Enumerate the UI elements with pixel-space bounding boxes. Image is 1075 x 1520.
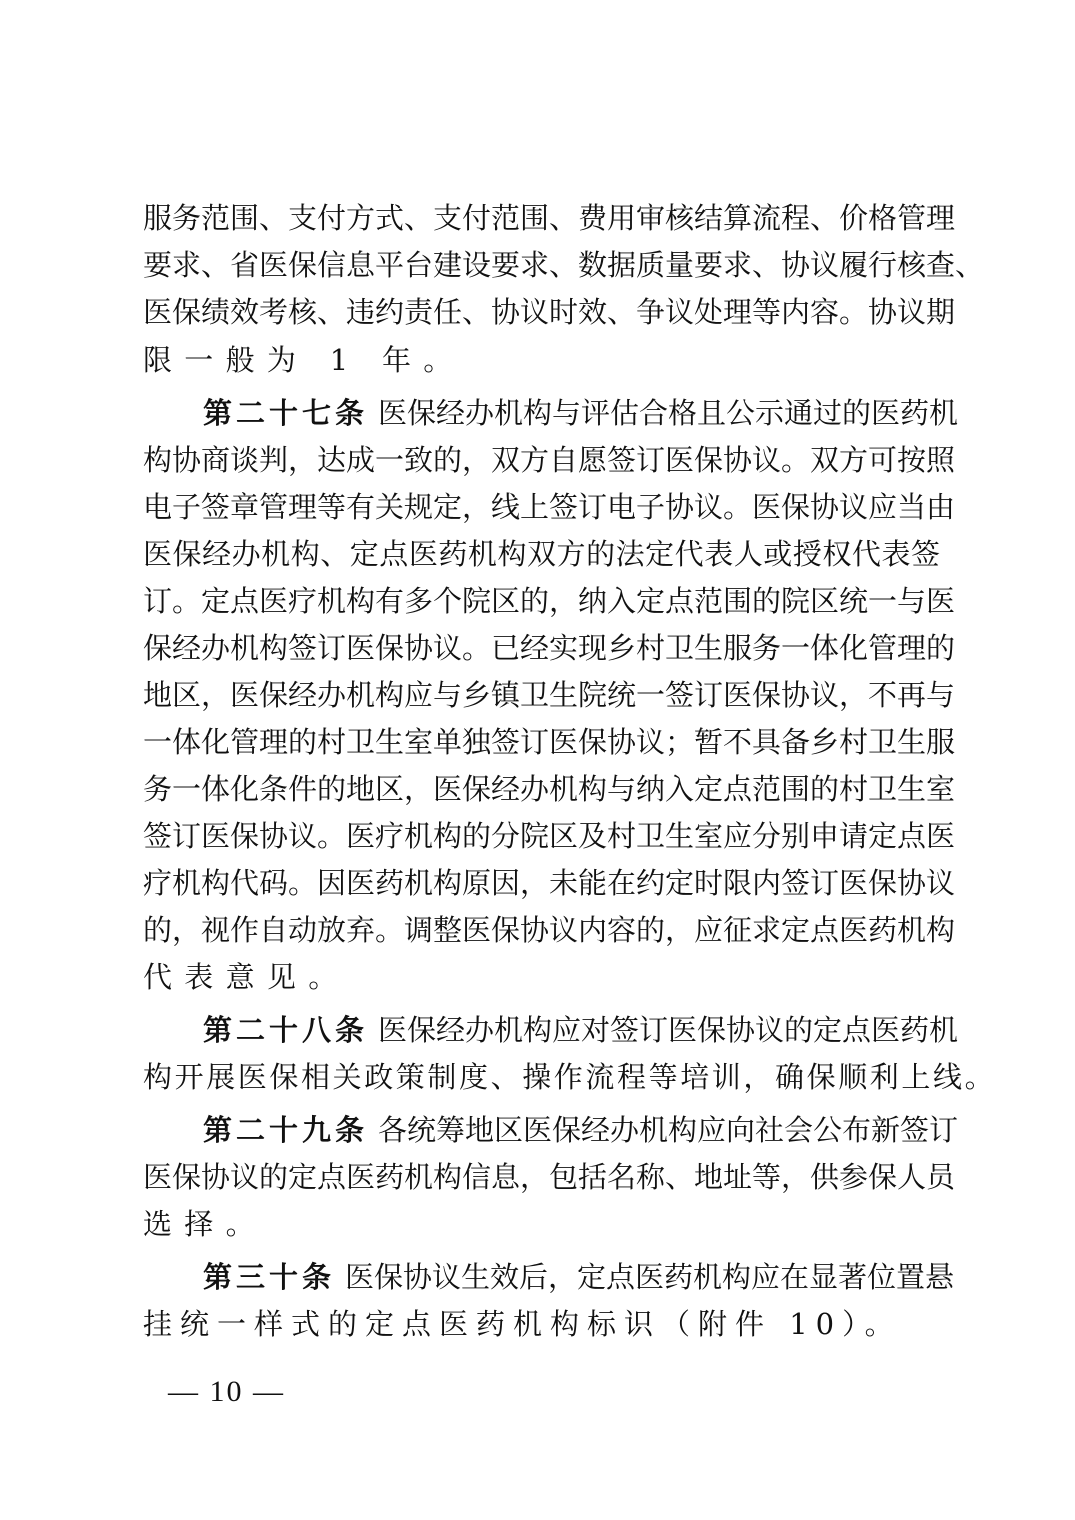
text-line: 要求、省医保信息平台建设要求、数据质量要求、协议履行核查、 — [143, 245, 940, 285]
text-line: 的，视作自动放弃。调整医保协议内容的，应征求定点医药机构 — [143, 910, 940, 950]
text-line: 地区，医保经办机构应与乡镇卫生院统一签订医保协议，不再与 — [143, 675, 940, 715]
text-line: 医保绩效考核、违约责任、协议时效、争议处理等内容。协议期 — [143, 292, 940, 332]
page-number: — 10 — — [168, 1372, 285, 1412]
text-line: 医保协议的定点医药机构信息，包括名称、地址等，供参保人员 — [143, 1157, 940, 1197]
text-line: 医保经办机构、定点医药机构双方的法定代表人或授权代表签 — [143, 534, 940, 574]
article-heading: 第二十九条 — [203, 1113, 368, 1147]
article-29-first-line: 第二十九条各统筹地区医保经办机构应向社会公布新签订 — [203, 1110, 940, 1150]
text-line: 构开展医保相关政策制度、操作流程等培训，确保顺利上线。 — [143, 1057, 940, 1097]
text-line: 选择。 — [143, 1204, 940, 1244]
article-heading: 第二十七条 — [203, 396, 368, 430]
text-line: 签订医保协议。医疗机构的分院区及村卫生室应分别申请定点医 — [143, 816, 940, 856]
text-line: 医保经办机构应对签订医保协议的定点医药机 — [378, 1013, 958, 1047]
article-30-first-line: 第三十条医保协议生效后，定点医药机构应在显著位置悬 — [203, 1257, 940, 1297]
text-line: 构协商谈判，达成一致的，双方自愿签订医保协议。双方可按照 — [143, 440, 940, 480]
document-page: 服务范围、支付方式、支付范围、费用审核结算流程、价格管理 要求、省医保信息平台建… — [0, 0, 1075, 1520]
text-line: 医保经办机构与评估合格且公示通过的医药机 — [378, 396, 958, 430]
article-27-first-line: 第二十七条医保经办机构与评估合格且公示通过的医药机 — [203, 393, 940, 433]
text-line: 务一体化条件的地区，医保经办机构与纳入定点范围的村卫生室 — [143, 769, 940, 809]
article-heading: 第二十八条 — [203, 1013, 368, 1047]
text-line: 一体化管理的村卫生室单独签订医保协议；暂不具备乡村卫生服 — [143, 722, 940, 762]
text-line: 医保协议生效后，定点医药机构应在显著位置悬 — [345, 1260, 954, 1294]
text-line: 各统筹地区医保经办机构应向社会公布新签订 — [378, 1113, 958, 1147]
article-heading: 第三十条 — [203, 1260, 335, 1294]
text-line: 保经办机构签订医保协议。已经实现乡村卫生服务一体化管理的 — [143, 628, 940, 668]
text-line: 限一般为 1 年。 — [143, 340, 940, 380]
text-line: 服务范围、支付方式、支付范围、费用审核结算流程、价格管理 — [143, 198, 940, 238]
text-line: 订。定点医疗机构有多个院区的，纳入定点范围的院区统一与医 — [143, 581, 940, 621]
text-line: 疗机构代码。因医药机构原因，未能在约定时限内签订医保协议 — [143, 863, 940, 903]
text-line: 挂统一样式的定点医药机构标识（附件 10）。 — [143, 1304, 940, 1344]
text-line: 代表意见。 — [143, 957, 940, 997]
text-line: 电子签章管理等有关规定，线上签订电子协议。医保协议应当由 — [143, 487, 940, 527]
article-28-first-line: 第二十八条医保经办机构应对签订医保协议的定点医药机 — [203, 1010, 940, 1050]
